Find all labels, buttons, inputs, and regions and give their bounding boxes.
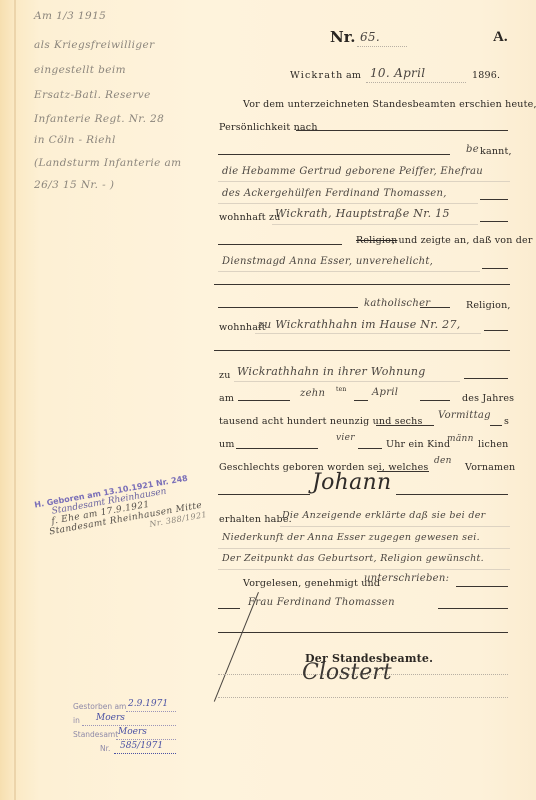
margin-note-line: 26/3 15 Nr. - ) [34,179,114,191]
forename-label: Vornamen [465,462,515,473]
birth-month: April [372,387,398,398]
child-text: Uhr ein Kind [386,439,450,450]
margin-note-line: (Landsturm Infanterie am [34,157,182,169]
margin-note-line: Am 1/3 1915 [34,10,106,22]
child-forename: Johann [312,470,392,495]
office-value: Moers [118,727,147,737]
intro-line: Vor dem unterzeichneten Standesbeamten e… [243,99,536,110]
nr-label: Nr. [100,744,110,753]
identity-suffix: kannt, [480,146,512,157]
place-label: in [73,716,80,725]
received-label: erhalten habe. [219,514,292,525]
birthplace-label: zu [219,370,231,381]
mother-line: Dienstmagd Anna Esser, unverehelicht, [222,256,433,267]
date-label: am [219,393,234,404]
religion-after: , und zeigte an, daß von der [392,235,533,246]
margin-note-line: als Kriegsfreiwilliger [34,39,155,51]
birthplace-value: Wickrathhahn in ihrer Wohnung [237,365,426,378]
place-value: Moers [96,713,125,723]
identity-label: Persönlichkeit nach [219,122,318,133]
date-prefix: am [346,70,361,81]
forename-article: den [434,456,452,466]
office-label: Standesamt [73,730,118,739]
margin-note-line: Ersatz-Batl. Reserve [34,89,151,101]
record-year: 1896. [472,70,500,81]
religion-label: Religion, [466,300,511,311]
informant-signature: Frau Ferdinand Thomassen [248,597,395,608]
year-label: des Jahres [462,393,514,404]
place-name: Wickrath [290,70,343,81]
marriage-stamp: H. Geboren am 13.10.1921 Nr. 248 Standes… [34,474,196,548]
child-sex-suffix: lichen [478,439,508,450]
remark-line-1: Die Anzeigende erklärte daß sie bei der [282,510,485,521]
died-label: Gestorben am [73,702,126,711]
child-sex: männ [447,434,474,444]
margin-note-line: eingestellt beim [34,64,126,76]
margin-note-line: Infanterie Regt. Nr. 28 [34,113,164,125]
informant-line-1: die Hebamme Gertrud geborene Peiffer, Eh… [222,166,483,177]
birth-day-suffix: ten [336,386,346,393]
residence2-value: zu Wickrathhahn im Hause Nr. 27, [258,318,461,331]
remark-line-3: Der Zeitpunkt das Geburtsort, Religion g… [222,553,484,564]
birth-day: zehn [300,388,325,399]
corner-mark: A. [493,29,508,46]
informant-line-2: des Ackergehülfen Ferdinand Thomassen, [222,188,447,199]
margin-note-line: in Cöln - Riehl [34,134,116,146]
residence-value: Wickrath, Hauptstraße Nr. 15 [275,207,450,220]
record-number-label: Nr. [330,28,355,46]
binding-edge [14,0,16,800]
record-date: 10. April [370,66,425,80]
identity-suffix-hand: be [466,144,479,155]
birth-hour: vier [336,433,355,443]
time-suffix: s [504,416,509,427]
time-of-day: Vormittag [438,410,491,421]
died-value: 2.9.1971 [128,699,168,709]
hour-label: um [219,439,235,450]
residence-label: wohnhaft zu [219,212,281,223]
remark-line-2: Niederkunft der Anna Esser zugegen gewes… [222,532,480,543]
nr-value: 585/1971 [120,741,163,751]
read-approved-label: Vorgelesen, genehmigt und [243,578,380,589]
signed-word: unterschrieben: [364,573,449,584]
official-signature: Clostert [302,660,392,685]
record-number-value: 65. [360,30,380,44]
